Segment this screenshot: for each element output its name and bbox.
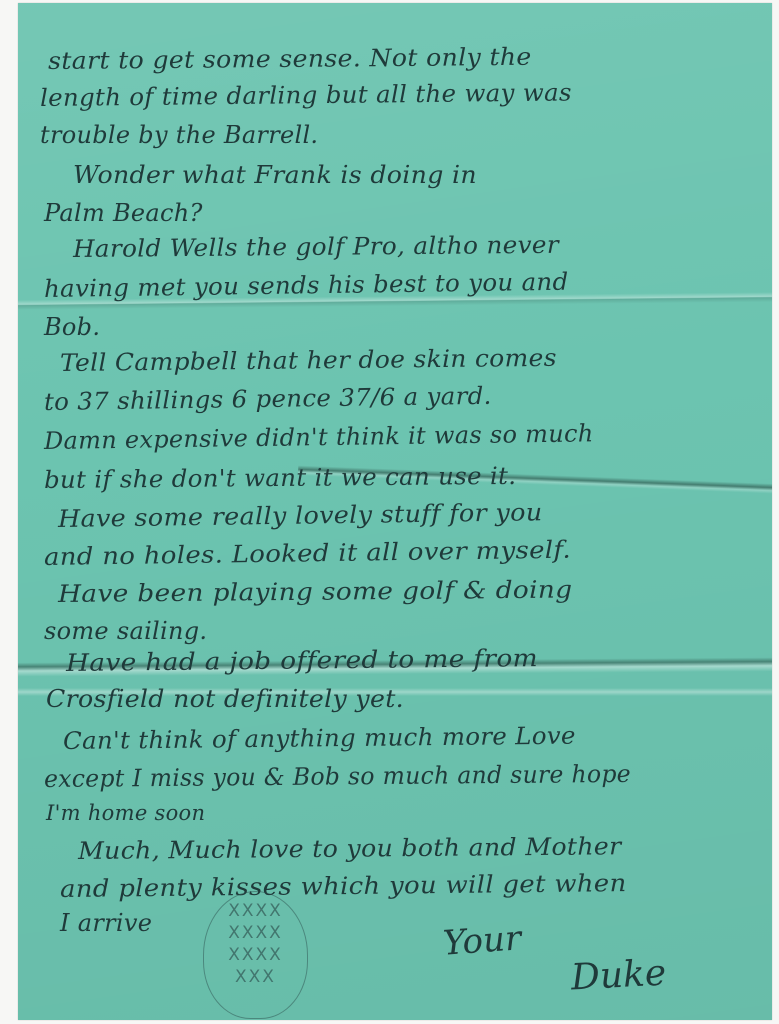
kisses-row: XXX bbox=[204, 966, 307, 988]
letter-line: length of time darling but all the way w… bbox=[40, 78, 572, 112]
letter-line: to 37 shillings 6 pence 37/6 a yard. bbox=[44, 382, 492, 416]
letter-line: I'm home soon bbox=[46, 801, 205, 825]
letter-line: but if she don't want it we can use it. bbox=[44, 462, 517, 494]
letter-line: Can't think of anything much more Love bbox=[63, 722, 576, 755]
letter-page: start to get some sense. Not only the le… bbox=[18, 3, 772, 1020]
kisses-row: XXXX bbox=[204, 922, 307, 944]
letter-line: some sailing. bbox=[44, 617, 207, 645]
closing-text: Your bbox=[442, 918, 523, 963]
kisses-drawing: XXXX XXXX XXXX XXX bbox=[203, 891, 308, 1019]
letter-line: start to get some sense. Not only the bbox=[48, 43, 532, 75]
letter-line: Crosfield not definitely yet. bbox=[46, 685, 404, 713]
letter-line: Tell Campbell that her doe skin comes bbox=[60, 344, 557, 377]
letter-line: Have some really lovely stuff for you bbox=[58, 498, 543, 533]
letter-line: and plenty kisses which you will get whe… bbox=[60, 869, 627, 903]
kisses-row: XXXX bbox=[204, 900, 307, 922]
signature: Duke bbox=[570, 953, 667, 999]
letter-line: except I miss you & Bob so much and sure… bbox=[44, 760, 631, 793]
letter-line: trouble by the Barrell. bbox=[40, 121, 318, 149]
letter-line: having met you sends his best to you and bbox=[44, 268, 569, 303]
letter-line: and no holes. Looked it all over myself. bbox=[44, 536, 571, 571]
letter-line: Have been playing some golf & doing bbox=[58, 576, 573, 608]
kisses-row: XXXX bbox=[204, 944, 307, 966]
letter-line: Harold Wells the golf Pro, altho never bbox=[73, 231, 559, 263]
letter-line: Much, Much love to you both and Mother bbox=[78, 832, 622, 865]
letter-line: Damn expensive didn't think it was so mu… bbox=[44, 419, 594, 455]
letter-line: Palm Beach? bbox=[44, 199, 203, 227]
letter-line: I arrive bbox=[60, 909, 152, 937]
letter-line: Bob. bbox=[44, 313, 100, 341]
letter-line: Wonder what Frank is doing in bbox=[73, 161, 477, 189]
letter-line: Have had a job offered to me from bbox=[66, 644, 538, 677]
